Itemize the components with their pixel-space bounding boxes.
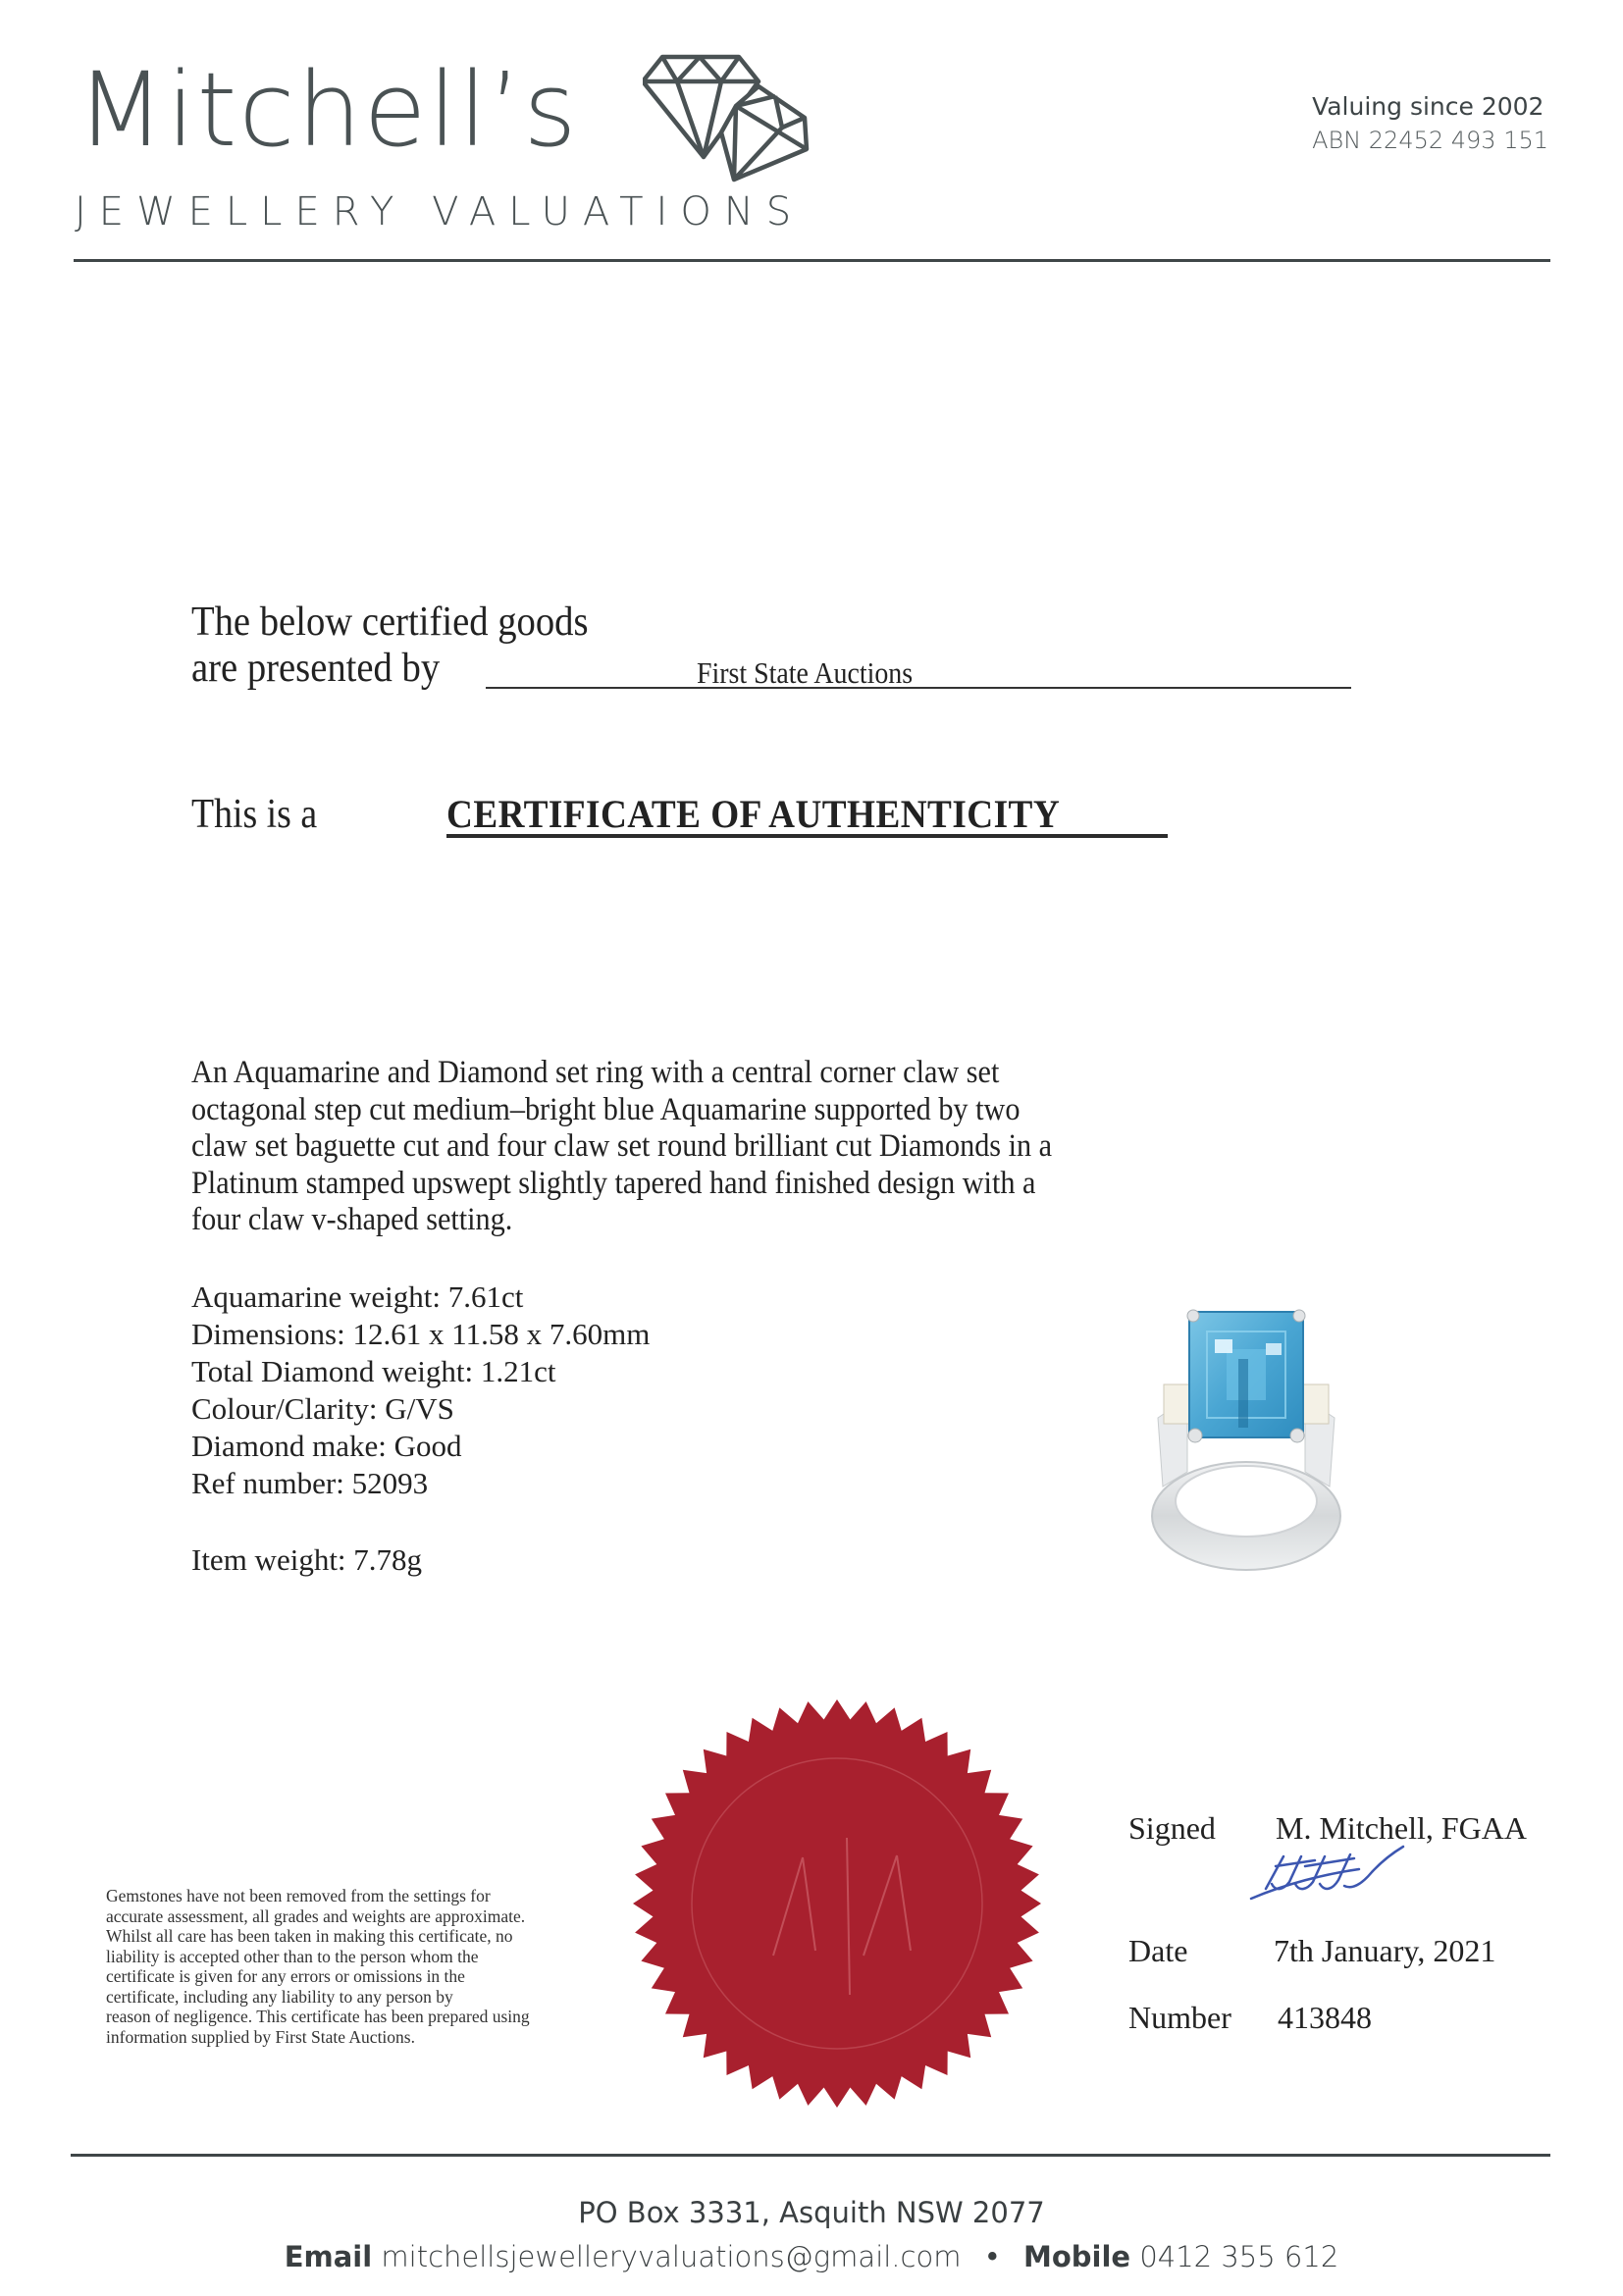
item-weight-value: 7.78g [353,1542,422,1577]
header-divider [74,259,1550,262]
item-description: An Aquamarine and Diamond set ring with … [191,1055,1113,1239]
spec-value: 52093 [352,1466,429,1500]
description-line: claw set baguette cut and four claw set … [191,1128,1113,1166]
description-line: Platinum stamped upswept slightly tapere… [191,1166,1113,1203]
presented-line-2: are presented by [191,645,440,692]
spec-value: Good [394,1429,462,1463]
disclaimer-line: reason of negligence. This certificate h… [106,2007,616,2027]
disclaimer-line: certificate is given for any errors or o… [106,1966,616,1987]
certificate-title: CERTIFICATE OF AUTHENTICITY [446,791,1060,838]
spec-label: Dimensions: [191,1317,345,1351]
mobile-label: Mobile [1023,2240,1130,2273]
certificate-number: 413848 [1278,2000,1372,2035]
tagline-block: Valuing since 2002 ABN 22452 493 151 [1312,90,1548,157]
signature-icon [1246,1845,1442,1904]
brand-name: Mitchell’s [77,59,579,161]
spec-label: Diamond make: [191,1429,387,1463]
diamonds-icon [643,54,824,201]
specs-list: Aquamarine weight: 7.61ct Dimensions: 12… [191,1278,650,1502]
disclaimer-line: Gemstones have not been removed from the… [106,1886,616,1906]
description-line: four claw v-shaped setting. [191,1202,1113,1239]
disclaimer-line: liability is accepted other than to the … [106,1947,616,1967]
presented-line-1: The below certified goods [191,599,589,646]
spec-row-colour-clarity: Colour/Clarity: G/VS [191,1390,650,1428]
disclaimer-line: information supplied by First State Auct… [106,2027,616,2048]
spec-value: 12.61 x 11.58 x 7.60mm [352,1317,650,1351]
item-weight-row: Item weight: 7.78g [191,1541,422,1579]
spec-value: 1.21ct [481,1354,556,1388]
number-label: Number [1128,2000,1231,2035]
footer-divider [71,2154,1550,2157]
signed-label: Signed [1128,1810,1216,1846]
spec-row-aquamarine-weight: Aquamarine weight: 7.61ct [191,1278,650,1316]
email-link[interactable]: mitchellsjewelleryvaluations@gmail.com [381,2240,961,2273]
tagline: Valuing since 2002 [1312,90,1548,124]
abn-number: ABN 22452 493 151 [1312,124,1548,157]
presenter-underline [486,687,1351,689]
presenter-name: First State Auctions [697,655,913,691]
mobile-number[interactable]: 0412 355 612 [1139,2240,1338,2273]
spec-value: G/VS [385,1391,454,1426]
spec-label: Colour/Clarity: [191,1391,377,1426]
red-seal-icon [626,1696,1048,2112]
spec-label: Total Diamond weight: [191,1354,473,1388]
description-line: octagonal step cut medium–bright blue Aq… [191,1092,1113,1129]
spec-label: Aquamarine weight: [191,1279,441,1314]
spec-row-diamond-make: Diamond make: Good [191,1428,650,1465]
disclaimer-line: Whilst all care has been taken in making… [106,1926,616,1947]
date-value: 7th January, 2021 [1274,1933,1495,1968]
disclaimer: Gemstones have not been removed from the… [106,1886,616,2047]
certificate-prefix: This is a [191,791,317,838]
spec-row-dimensions: Dimensions: 12.61 x 11.58 x 7.60mm [191,1316,650,1353]
signer-name: M. Mitchell, FGAA [1276,1810,1527,1846]
footer-contact: Email mitchellsjewelleryvaluations@gmail… [0,2240,1623,2273]
disclaimer-line: accurate assessment, all grades and weig… [106,1906,616,1927]
item-weight-label: Item weight: [191,1542,346,1577]
aquamarine-ring-photo [1128,1300,1364,1585]
footer-address: PO Box 3331, Asquith NSW 2077 [0,2196,1623,2229]
separator-dot: • [984,2240,1001,2273]
spec-value: 7.61ct [448,1279,524,1314]
spec-row-ref-number: Ref number: 52093 [191,1465,650,1502]
certificate-title-underline [446,834,1168,838]
spec-label: Ref number: [191,1466,344,1500]
date-label: Date [1128,1933,1187,1968]
description-line: An Aquamarine and Diamond set ring with … [191,1055,1113,1092]
disclaimer-line: certificate, including any liability to … [106,1987,616,2008]
email-label: Email [285,2240,372,2273]
spec-row-total-diamond-weight: Total Diamond weight: 1.21ct [191,1353,650,1390]
